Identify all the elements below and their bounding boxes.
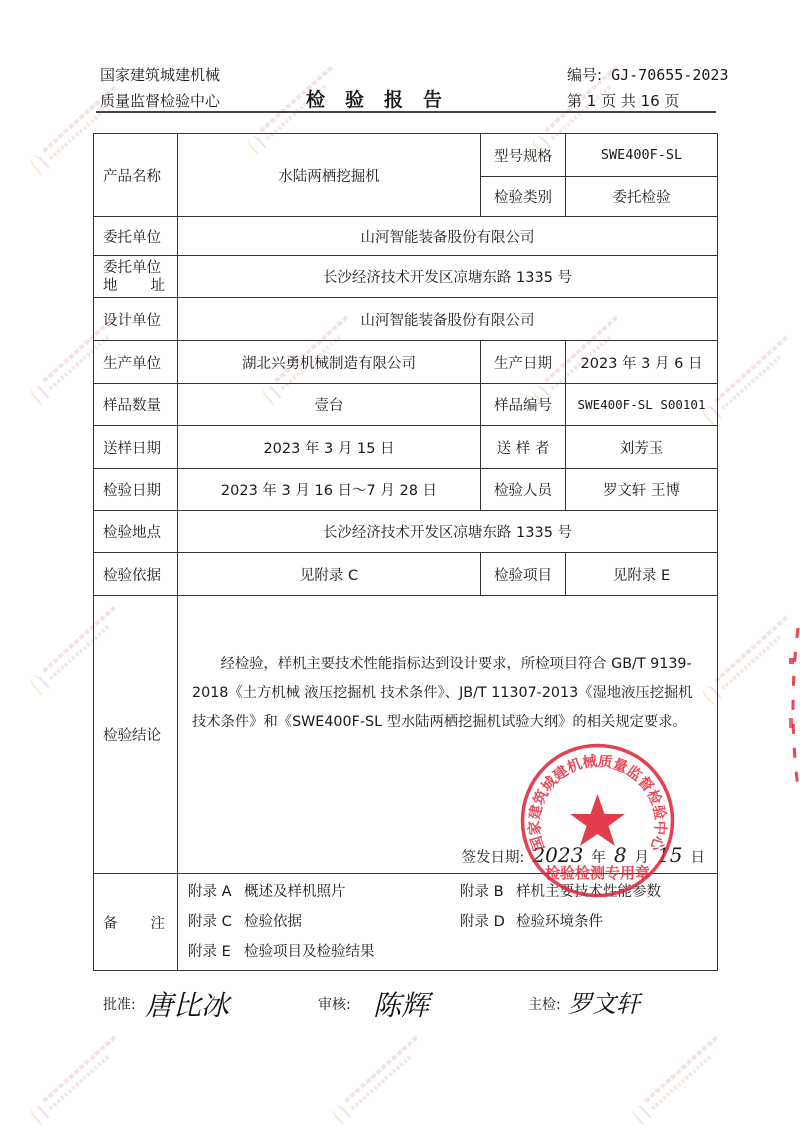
report-number: 编号: GJ-70655-2023	[567, 62, 729, 88]
sender-value: 刘芳玉	[566, 426, 718, 469]
watermark	[324, 1024, 436, 1130]
lead-inspector-signature: 罗文轩	[568, 984, 640, 1019]
client-address-label: 委托单位 地址	[94, 256, 178, 298]
report-meta: 编号: GJ-70655-2023 第 1 页 共 16 页	[567, 62, 729, 114]
inspection-site-label: 检验地点	[94, 511, 178, 553]
production-date-value: 2023 年 3 月 6 日	[566, 341, 718, 384]
table-row: 备注 附录 A概述及样机照片 附录 B样机主要技术性能参数 附录 C检验依据 附…	[94, 874, 718, 971]
sample-no-value: SWE400F-SL S00101	[566, 384, 718, 426]
sample-qty-value: 壹台	[178, 384, 481, 426]
sample-no-label: 样品编号	[481, 384, 566, 426]
basis-value: 见附录 C	[178, 553, 481, 596]
inspection-date-label: 检验日期	[94, 469, 178, 511]
review-label: 审核:	[318, 994, 351, 1014]
delivery-date-value: 2023 年 3 月 15 日	[178, 426, 481, 469]
items-value: 见附录 E	[566, 553, 718, 596]
approve-signature: 唐比冰	[145, 984, 229, 1024]
sample-qty-label: 样品数量	[94, 384, 178, 426]
manufacturer-value: 湖北兴勇机械制造有限公司	[178, 341, 481, 384]
appendix-item: 附录 C检验依据	[188, 910, 460, 934]
approve-label: 批准:	[103, 994, 136, 1014]
table-row: 产品名称 水陆两栖挖掘机 型号规格 SWE400F-SL	[94, 134, 718, 177]
page-title: 检验报告	[306, 85, 462, 112]
table-row: 样品数量 壹台 样品编号 SWE400F-SL S00101	[94, 384, 718, 426]
delivery-date-label: 送样日期	[94, 426, 178, 469]
client-label: 委托单位	[94, 217, 178, 256]
table-row: 委托单位 地址 长沙经济技术开发区凉塘东路 1335 号	[94, 256, 718, 298]
basis-label: 检验依据	[94, 553, 178, 596]
inspection-type-value: 委托检验	[566, 177, 718, 217]
cross-page-seal-icon	[786, 628, 800, 788]
manufacturer-label: 生产单位	[94, 341, 178, 384]
watermark	[22, 1024, 134, 1130]
issue-year: 2023	[532, 843, 583, 867]
inspection-date-value: 2023 年 3 月 16 日～7 月 28 日	[178, 469, 481, 511]
table-row: 检验日期 2023 年 3 月 16 日～7 月 28 日 检验人员 罗文轩 王…	[94, 469, 718, 511]
lead-inspector-label: 主检:	[528, 994, 561, 1014]
table-row: 检验依据 见附录 C 检验项目 见附录 E	[94, 553, 718, 596]
report-table: 产品名称 水陆两栖挖掘机 型号规格 SWE400F-SL 检验类别 委托检验 委…	[93, 133, 718, 971]
issue-month: 8	[614, 843, 627, 867]
model-spec-label: 型号规格	[481, 134, 566, 177]
appendix-list: 附录 A概述及样机照片 附录 B样机主要技术性能参数 附录 C检验依据 附录 D…	[178, 874, 717, 970]
table-row: 送样日期 2023 年 3 月 15 日 送 样 者 刘芳玉	[94, 426, 718, 469]
table-row: 委托单位 山河智能装备股份有限公司	[94, 217, 718, 256]
review-signature: 陈辉	[373, 984, 429, 1024]
client-address-value: 长沙经济技术开发区凉塘东路 1335 号	[178, 256, 718, 298]
items-label: 检验项目	[481, 553, 566, 596]
remarks-label: 备注	[94, 874, 178, 971]
inspection-type-label: 检验类别	[481, 177, 566, 217]
issue-date: 签发日期:2023年8月15日	[462, 843, 705, 867]
remarks-cell: 附录 A概述及样机照片 附录 B样机主要技术性能参数 附录 C检验依据 附录 D…	[178, 874, 718, 971]
conclusion-cell: 经检验，样机主要技术性能指标达到设计要求，所检项目符合 GB/T 9139-20…	[178, 596, 718, 874]
client-value: 山河智能装备股份有限公司	[178, 217, 718, 256]
table-row: 设计单位 山河智能装备股份有限公司	[94, 298, 718, 341]
inspectors-value: 罗文轩 王博	[566, 469, 718, 511]
signature-row: 批准: 唐比冰 审核: 陈辉 主检: 罗文轩	[103, 990, 703, 1040]
appendix-item: 附录 B样机主要技术性能参数	[460, 880, 710, 904]
appendix-item: 附录 E检验项目及检验结果	[188, 940, 460, 964]
designer-value: 山河智能装备股份有限公司	[178, 298, 718, 341]
appendix-item: 附录 D检验环境条件	[460, 910, 710, 934]
production-date-label: 生产日期	[481, 341, 566, 384]
conclusion-label: 检验结论	[94, 596, 178, 874]
appendix-item: 附录 A概述及样机照片	[188, 880, 460, 904]
inspection-site-value: 长沙经济技术开发区凉塘东路 1335 号	[178, 511, 718, 553]
designer-label: 设计单位	[94, 298, 178, 341]
product-name-label: 产品名称	[94, 134, 178, 217]
header-divider	[96, 111, 716, 113]
table-row: 检验地点 长沙经济技术开发区凉塘东路 1335 号	[94, 511, 718, 553]
table-row: 检验结论 经检验，样机主要技术性能指标达到设计要求，所检项目符合 GB/T 91…	[94, 596, 718, 874]
inspectors-label: 检验人员	[481, 469, 566, 511]
conclusion-text: 经检验，样机主要技术性能指标达到设计要求，所检项目符合 GB/T 9139-20…	[182, 650, 713, 737]
product-name-value: 水陆两栖挖掘机	[178, 134, 481, 217]
watermark	[624, 1024, 736, 1130]
sender-label: 送 样 者	[481, 426, 566, 469]
issuing-organization: 国家建筑城建机械 质量监督检验中心	[100, 62, 220, 114]
model-spec-value: SWE400F-SL	[566, 134, 718, 177]
table-row: 生产单位 湖北兴勇机械制造有限公司 生产日期 2023 年 3 月 6 日	[94, 341, 718, 384]
org-line-1: 国家建筑城建机械	[100, 62, 220, 88]
issue-day: 15	[657, 843, 682, 867]
